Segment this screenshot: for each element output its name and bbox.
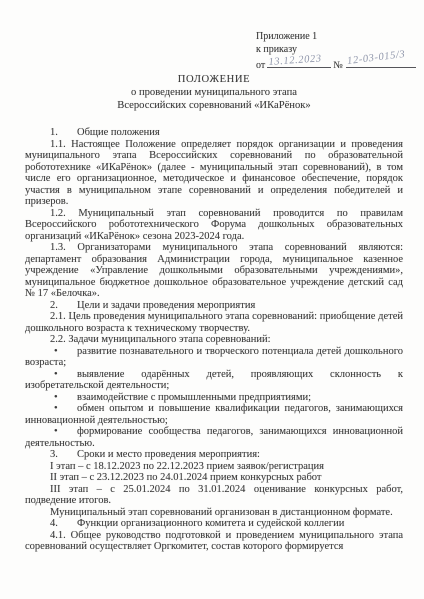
paragraph-2-1: 2.1. Цель проведения муниципального этап… <box>25 311 403 334</box>
stage-line-2: II этап – с 23.12.2023 по 24.01.2024 при… <box>25 472 403 484</box>
section-2-heading: 2.Цели и задачи проведения мероприятия <box>25 300 403 312</box>
paragraph-2-2: 2.2. Задачи муниципального этапа соревно… <box>25 334 403 346</box>
section-1-heading: 1.Общие положения <box>25 127 403 139</box>
bullet-icon: • <box>50 392 77 404</box>
section-3-heading: 3.Сроки и место проведения мероприятия: <box>25 449 403 461</box>
section-1-title: Общие положения <box>77 127 160 138</box>
section-2-title: Цели и задачи проведения мероприятия <box>77 300 255 311</box>
document-body: 1.Общие положения 1.1. Настоящее Положен… <box>25 127 403 553</box>
paragraph-4-1: 4.1. Общее руководство подготовкой и про… <box>25 530 403 553</box>
order-reference-line: от13.12.2023№12-03-015/3 <box>256 56 416 72</box>
stage-line-3: III этап – с 25.01.2024 по 31.01.2024 оц… <box>25 484 403 507</box>
bullet-icon: • <box>50 426 77 438</box>
document-title: ПОЛОЖЕНИЕ о проведении муниципального эт… <box>25 73 403 112</box>
section-4-number: 4. <box>50 518 77 530</box>
order-from-label: от <box>256 60 265 71</box>
bullet-item-1: •развитие познавательного и творческого … <box>25 346 403 369</box>
title-line-1: ПОЛОЖЕНИЕ <box>25 73 403 86</box>
bullet-item-2: •выявление одарённых детей, проявляющих … <box>25 369 403 392</box>
paragraph-format-note: Муниципальный этап соревнований организо… <box>25 507 403 519</box>
bullet-item-1-text: развитие познавательного и творческого п… <box>25 346 403 369</box>
bullet-icon: • <box>50 346 77 358</box>
section-2-number: 2. <box>50 300 77 312</box>
paragraph-1-3: 1.3. Организаторами муниципального этапа… <box>25 242 403 300</box>
section-3-title: Сроки и место проведения мероприятия: <box>77 449 260 460</box>
section-4-title: Функции организационного комитета и суде… <box>77 518 344 529</box>
paragraph-1-1: 1.1. Настоящее Положение определяет поря… <box>25 139 403 208</box>
paragraph-1-2: 1.2. Муниципальный этап соревнований про… <box>25 208 403 243</box>
order-date-blank: 13.12.2023 <box>267 56 331 68</box>
title-line-2: о проведении муниципального этапа <box>25 86 403 99</box>
bullet-item-4-text: обмен опытом и повышение квалификации пе… <box>25 403 403 426</box>
bullet-item-2-text: выявление одарённых детей, проявляющих с… <box>25 369 403 392</box>
bullet-item-3: •взаимодействие с промышленными предприя… <box>25 392 403 404</box>
appendix-block: Приложение 1 к приказу от13.12.2023№12-0… <box>256 30 416 72</box>
bullet-item-3-text: взаимодействие с промышленными предприят… <box>77 392 311 403</box>
section-3-number: 3. <box>50 449 77 461</box>
bullet-icon: • <box>50 403 77 415</box>
handwritten-date: 13.12.2023 <box>268 52 322 69</box>
order-number-blank: 12-03-015/3 <box>346 56 416 68</box>
stage-line-1: I этап – с 18.12.2023 по 22.12.2023 прие… <box>25 461 403 473</box>
document-page: Приложение 1 к приказу от13.12.2023№12-0… <box>0 0 424 599</box>
section-1-number: 1. <box>50 127 77 139</box>
appendix-line-1: Приложение 1 <box>256 30 416 43</box>
bullet-item-5: •формирование сообщества педагогов, зани… <box>25 426 403 449</box>
order-number-label: № <box>333 60 343 71</box>
bullet-item-4: •обмен опытом и повышение квалификации п… <box>25 403 403 426</box>
section-4-heading: 4.Функции организационного комитета и су… <box>25 518 403 530</box>
bullet-icon: • <box>50 369 77 381</box>
bullet-item-5-text: формирование сообщества педагогов, заним… <box>25 426 403 449</box>
title-line-3: Всероссийских соревнований «ИКаРёнок» <box>25 99 403 112</box>
